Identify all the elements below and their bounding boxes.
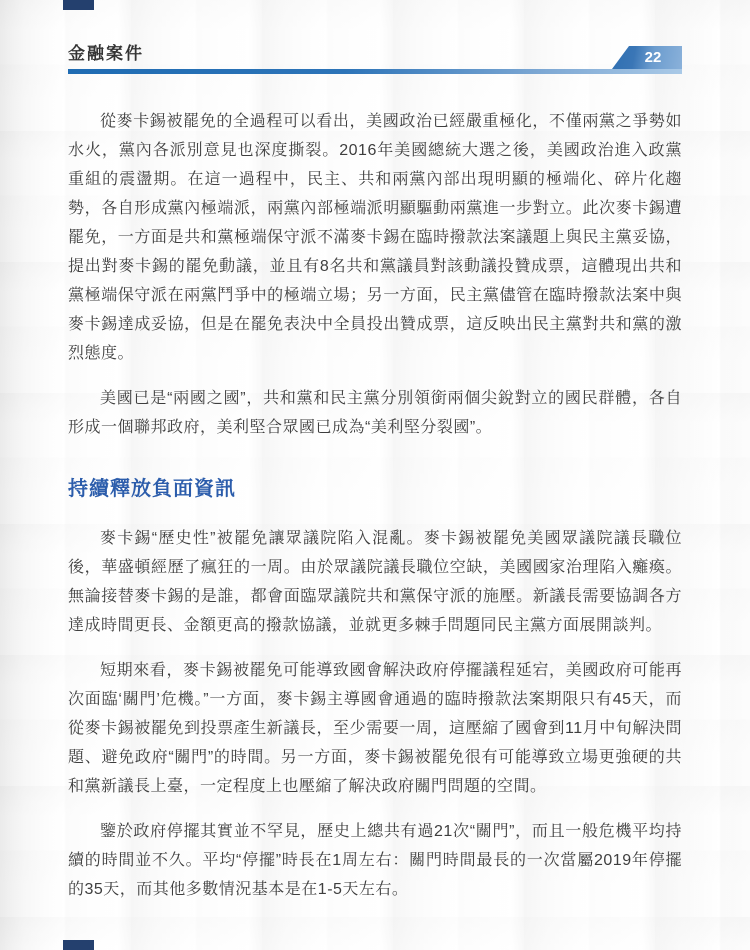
page-number-flag: 22 [612, 46, 682, 69]
running-header-title: 金融案件 [68, 42, 144, 66]
paragraph-two-nations: 美國已是“兩國之國”，共和黨和民主黨分別領銜兩個尖銳對立的國民群體，各自形成一個… [68, 384, 682, 442]
paragraph-polarization: 從麥卡錫被罷免的全過程可以看出，美國政治已經嚴重極化，不僅兩黨之爭勢如水火，黨內… [68, 107, 682, 368]
page-body: 從麥卡錫被罷免的全過程可以看出，美國政治已經嚴重極化，不僅兩黨之爭勢如水火，黨內… [68, 107, 682, 904]
section-heading: 持續釋放負面資訊 [68, 472, 682, 501]
page-number: 22 [633, 49, 662, 66]
paragraph-shutdown-history: 鑒於政府停擺其實並不罕見，歷史上總共有過21次“關門”，而且一般危機平均持續的時… [68, 817, 682, 904]
paragraph-house-chaos: 麥卡錫“歷史性”被罷免讓眾議院陷入混亂。麥卡錫被罷免美國眾議院議長職位後，華盛頓… [68, 524, 682, 640]
corner-mark-bottom [63, 940, 94, 950]
document-page: 金融案件 22 從麥卡錫被罷免的全過程可以看出，美國政治已經嚴重極化，不僅兩黨之… [0, 0, 750, 950]
page-header: 金融案件 22 [68, 0, 682, 74]
paragraph-shutdown-risk: 短期來看，麥卡錫被罷免可能導致國會解決政府停擺議程延宕，美國政府可能再次面臨‘關… [68, 656, 682, 801]
header-rule [68, 69, 682, 74]
